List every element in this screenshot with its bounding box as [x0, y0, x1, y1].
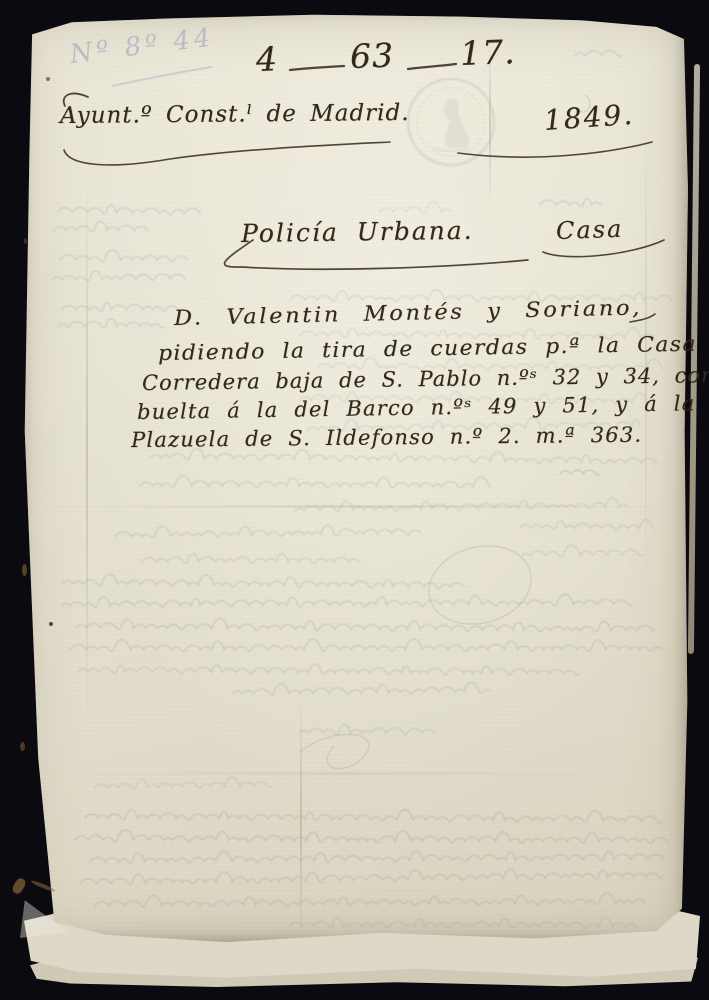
file-number-2: 63 [349, 35, 394, 76]
seal-figure [443, 99, 469, 148]
stitch-mark [20, 742, 25, 751]
ink-speck [46, 77, 50, 81]
embossed-seal-icon [405, 76, 497, 168]
file-number-1: 4 [255, 39, 278, 79]
file-number-3: 17. [459, 32, 516, 73]
section-title: Policía Urbana. [241, 216, 474, 248]
year-label: 1849. [543, 98, 635, 137]
stitch-mark [24, 238, 27, 244]
stitch-mark [22, 564, 27, 576]
archival-scan-background: Nº 8º 44 4 63 17. Ayunt.º Const.ˡ de Mad… [0, 0, 709, 1000]
stitch-mark [49, 622, 53, 626]
category-label: Casa [556, 215, 624, 245]
right-sheet-edge [688, 64, 700, 654]
office-header: Ayunt.º Const.ˡ de Madrid. [60, 100, 410, 129]
document-page [18, 12, 690, 944]
binding-thread [11, 877, 28, 896]
